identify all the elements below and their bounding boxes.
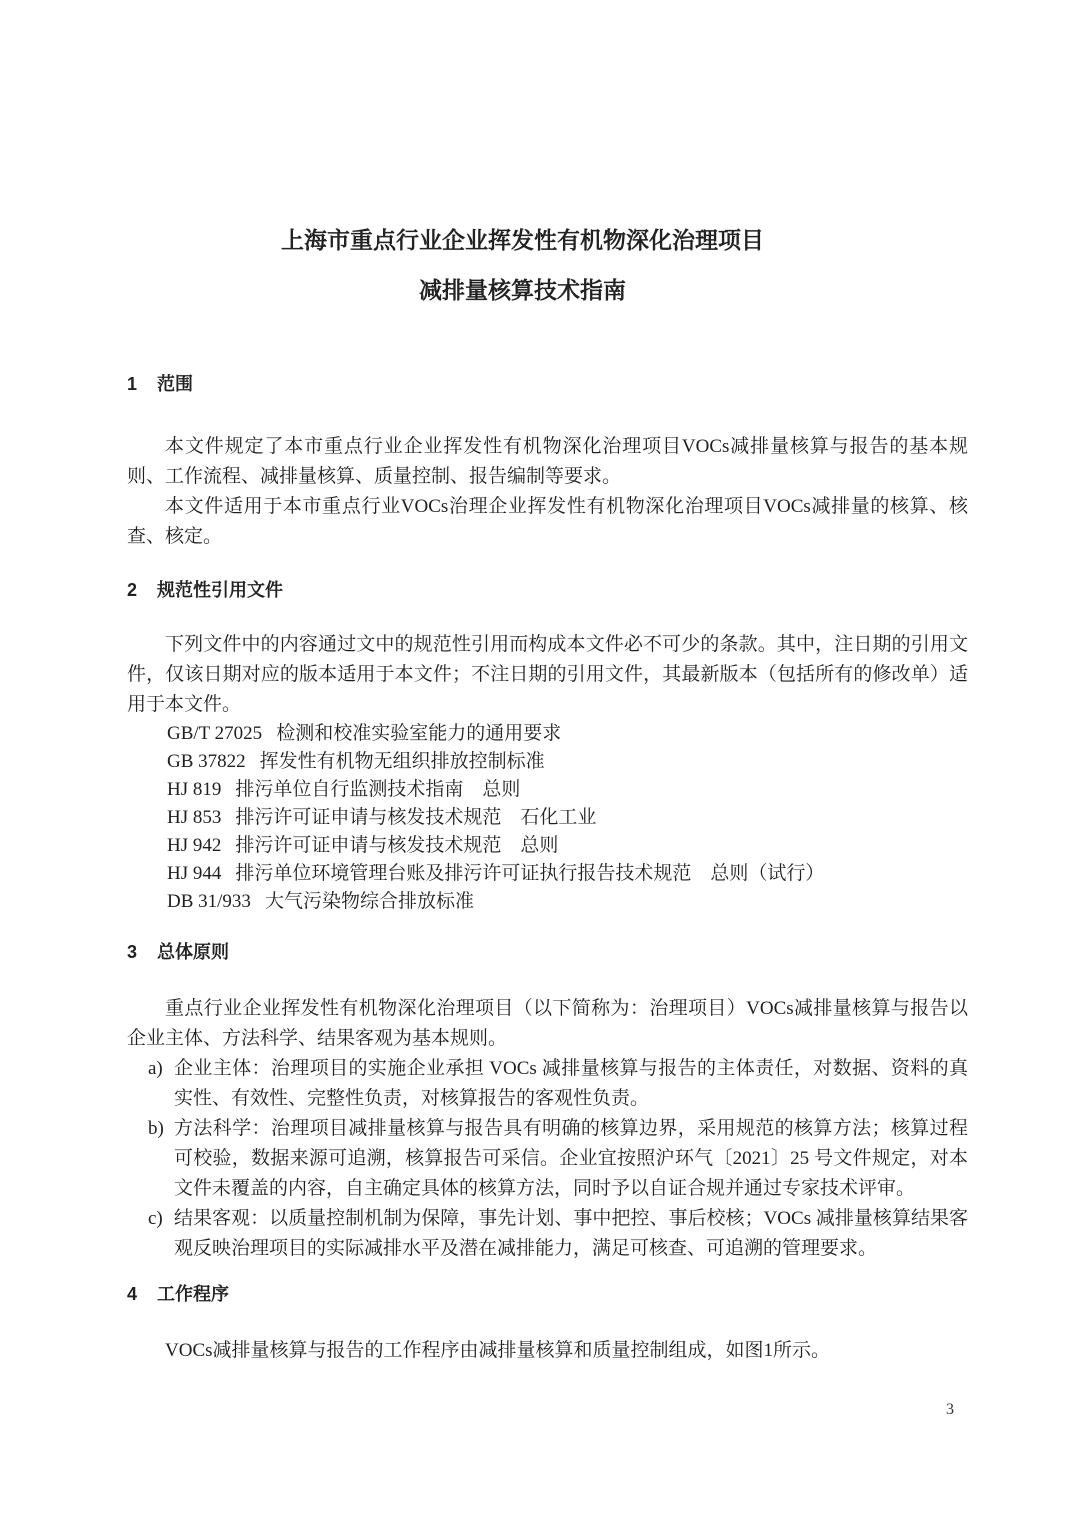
reference-code: GB 37822 [167,751,246,772]
section-1-heading: 1范围 [127,372,968,396]
list-item: c) 结果客观：以质量控制机制为保障，事先计划、事中把控、事后校核；VOCs 减… [148,1204,968,1264]
list-item: a) 企业主体：治理项目的实施企业承担 VOCs 减排量核算与报告的主体责任，对… [148,1054,968,1114]
reference-title: 排污单位自行监测技术指南 总则 [235,779,520,800]
reference-item: DB 31/933大气污染物综合排放标准 [167,888,968,916]
section-3-number: 3 [127,940,157,964]
section-1-title: 范围 [157,374,193,394]
reference-title: 排污许可证申请与核发技术规范 石化工业 [235,807,596,828]
section-3-title: 总体原则 [157,942,229,962]
reference-title: 挥发性有机物无组织排放控制标准 [260,751,545,772]
document-title-line2: 减排量核算技术指南 [102,278,943,303]
reference-title: 检测和校准实验室能力的通用要求 [276,723,561,744]
reference-title: 排污许可证申请与核发技术规范 总则 [235,835,558,856]
document-title-line1: 上海市重点行业企业挥发性有机物深化治理项目 [102,228,943,253]
reference-title: 排污单位环境管理台账及排污许可证执行报告技术规范 总则（试行） [235,863,824,884]
section-2-heading: 2规范性引用文件 [127,578,968,602]
reference-item: HJ 819排污单位自行监测技术指南 总则 [167,776,968,804]
reference-item: HJ 942排污许可证申请与核发技术规范 总则 [167,832,968,860]
section-1-number: 1 [127,372,157,396]
reference-item: GB/T 27025检测和校准实验室能力的通用要求 [167,720,968,748]
section-3-heading: 3总体原则 [127,940,968,964]
list-item-text: 方法科学：治理项目减排量核算与报告具有明确的核算边界，采用规范的核算方法；核算过… [174,1114,968,1204]
paragraph: 下列文件中的内容通过文中的规范性引用而构成本文件必不可少的条款。其中，注日期的引… [127,630,968,720]
paragraph: VOCs减排量核算与报告的工作程序由减排量核算和质量控制组成，如图1所示。 [127,1336,968,1366]
principles-list: a) 企业主体：治理项目的实施企业承担 VOCs 减排量核算与报告的主体责任，对… [148,1054,968,1264]
paragraph: 本文件规定了本市重点行业企业挥发性有机物深化治理项目VOCs减排量核算与报告的基… [127,432,968,492]
list-item: b) 方法科学：治理项目减排量核算与报告具有明确的核算边界，采用规范的核算方法；… [148,1114,968,1204]
reference-code: HJ 853 [167,807,221,828]
reference-code: HJ 944 [167,863,221,884]
list-item-text: 企业主体：治理项目的实施企业承担 VOCs 减排量核算与报告的主体责任，对数据、… [174,1054,968,1114]
references-list: GB/T 27025检测和校准实验室能力的通用要求 GB 37822挥发性有机物… [167,720,968,916]
section-4-heading: 4工作程序 [127,1282,968,1306]
reference-title: 大气污染物综合排放标准 [265,891,474,912]
section-2-title: 规范性引用文件 [157,580,283,600]
section-4-number: 4 [127,1282,157,1306]
list-item-marker: a) [148,1054,174,1084]
section-4-title: 工作程序 [157,1284,229,1304]
reference-item: HJ 853排污许可证申请与核发技术规范 石化工业 [167,804,968,832]
paragraph: 重点行业企业挥发性有机物深化治理项目（以下简称为：治理项目）VOCs减排量核算与… [127,994,968,1054]
paragraph: 本文件适用于本市重点行业VOCs治理企业挥发性有机物深化治理项目VOCs减排量的… [127,492,968,552]
reference-item: GB 37822挥发性有机物无组织排放控制标准 [167,748,968,776]
reference-code: DB 31/933 [167,891,251,912]
page-number: 3 [946,1400,954,1420]
reference-item: HJ 944排污单位环境管理台账及排污许可证执行报告技术规范 总则（试行） [167,860,968,888]
reference-code: HJ 819 [167,779,221,800]
reference-code: HJ 942 [167,835,221,856]
list-item-text: 结果客观：以质量控制机制为保障，事先计划、事中把控、事后校核；VOCs 减排量核… [174,1204,968,1264]
list-item-marker: c) [148,1204,174,1234]
section-2-number: 2 [127,578,157,602]
reference-code: GB/T 27025 [167,723,262,744]
document-page: 上海市重点行业企业挥发性有机物深化治理项目 减排量核算技术指南 1范围 本文件规… [0,0,1080,1527]
list-item-marker: b) [148,1114,174,1144]
